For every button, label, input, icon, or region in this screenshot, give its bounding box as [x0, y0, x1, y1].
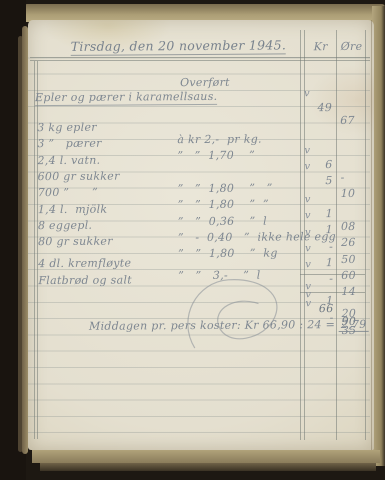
ledger-row: 80 gr sukker ” ” 1,80 ” kg v - 14	[28, 220, 374, 237]
ledger-row: 2,4 l. vatn.	[27, 139, 373, 156]
check-mark: v	[304, 88, 316, 99]
total-row: v 66 90	[28, 276, 374, 293]
kr-column-header: Kr	[314, 40, 328, 53]
book-bottom-page-edge	[40, 463, 376, 471]
ledger-row: 1,4 l. mjölk ” ” 0,36 ” l v - 50	[28, 188, 374, 205]
check-mark: v	[305, 289, 317, 300]
photographed-ledger-page: Tirsdag, den 20 november 1945. Kr Øre Ov…	[0, 0, 385, 480]
ledger-row: 700 ” ” ” ” 1,80 ” ” v 1 26	[28, 171, 374, 188]
handwritten-content: Tirsdag, den 20 november 1945. Kr Øre Ov…	[27, 19, 376, 451]
note-result: 2,79	[339, 318, 369, 332]
ledger-row: 600 gr sukker ” ” 1,80 ” ” v 1 08	[27, 155, 373, 172]
overfort-label: Overført	[145, 76, 265, 90]
ledger-row: 8 eggepl. ” - 0,40 ” ikke hele egg v 1 6…	[28, 204, 374, 221]
ledger-row: Flatbrød og salt v - 35	[28, 259, 374, 276]
ledger-row: 3 ” pærer ” ” 1,70 ” v 5 10	[27, 122, 373, 139]
ledger-sheet: Tirsdag, den 20 november 1945. Kr Øre Ov…	[28, 20, 374, 450]
per-person-note: Middagen pr. pers koster: Kr 66,90 : 24 …	[58, 305, 368, 346]
ledger-row: 3 kg epler à kr 2,- pr kg. v 6 -	[27, 106, 373, 123]
note-text: Middagen pr. pers koster: Kr 66,90 : 24 …	[89, 318, 339, 333]
date-title: Tirsdag, den 20 november 1945.	[71, 37, 287, 56]
ledger-row: 4 dl. kremfløyte ” ” 3,- ” l v 1 20	[28, 242, 374, 259]
book-bottom-page-edge	[32, 450, 380, 463]
overfort-row: Overført v 49 67	[27, 62, 373, 79]
ore-column-header: Øre	[341, 40, 363, 53]
section-heading: Epler og pærer i karamellsaus.	[35, 90, 217, 106]
